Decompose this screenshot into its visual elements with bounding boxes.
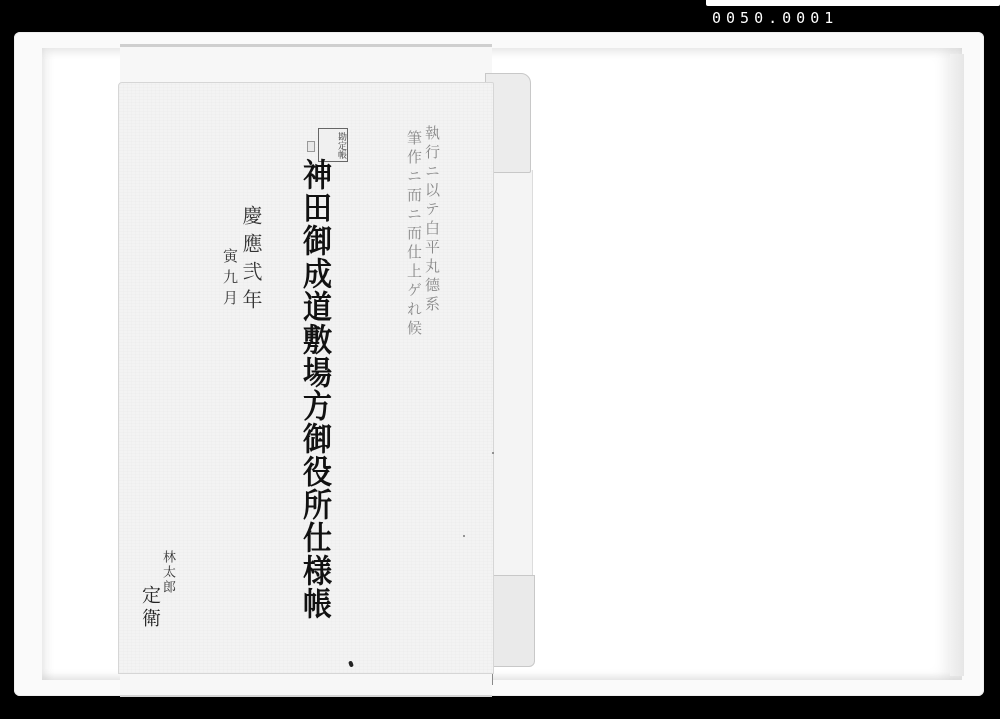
era-date: 慶應弐年 [240,205,262,317]
title-label: 勘定帳 [318,128,348,162]
annotation-line-1: 執行ニ以テ白平丸德系 [423,125,440,315]
paper-speck [463,535,465,537]
mount-shadow-band [950,54,964,676]
main-title: 神田御成道敷場方御役所仕様帳 [296,158,336,620]
frame-number: 0050.0001 [712,7,838,29]
signer-given-name: 定衛 [140,585,160,631]
paper-speck [492,452,494,454]
binding-tab-bottom [488,575,535,667]
binding-strip [490,170,533,576]
film-label-strip [706,0,1000,6]
era-month: 寅九月 [222,248,238,311]
seal-mark [307,141,315,152]
signer-family-name: 林太郎 [160,550,174,595]
annotation-line-2: 筆作ニ而ニ而仕上ゲれ候 [405,130,422,339]
